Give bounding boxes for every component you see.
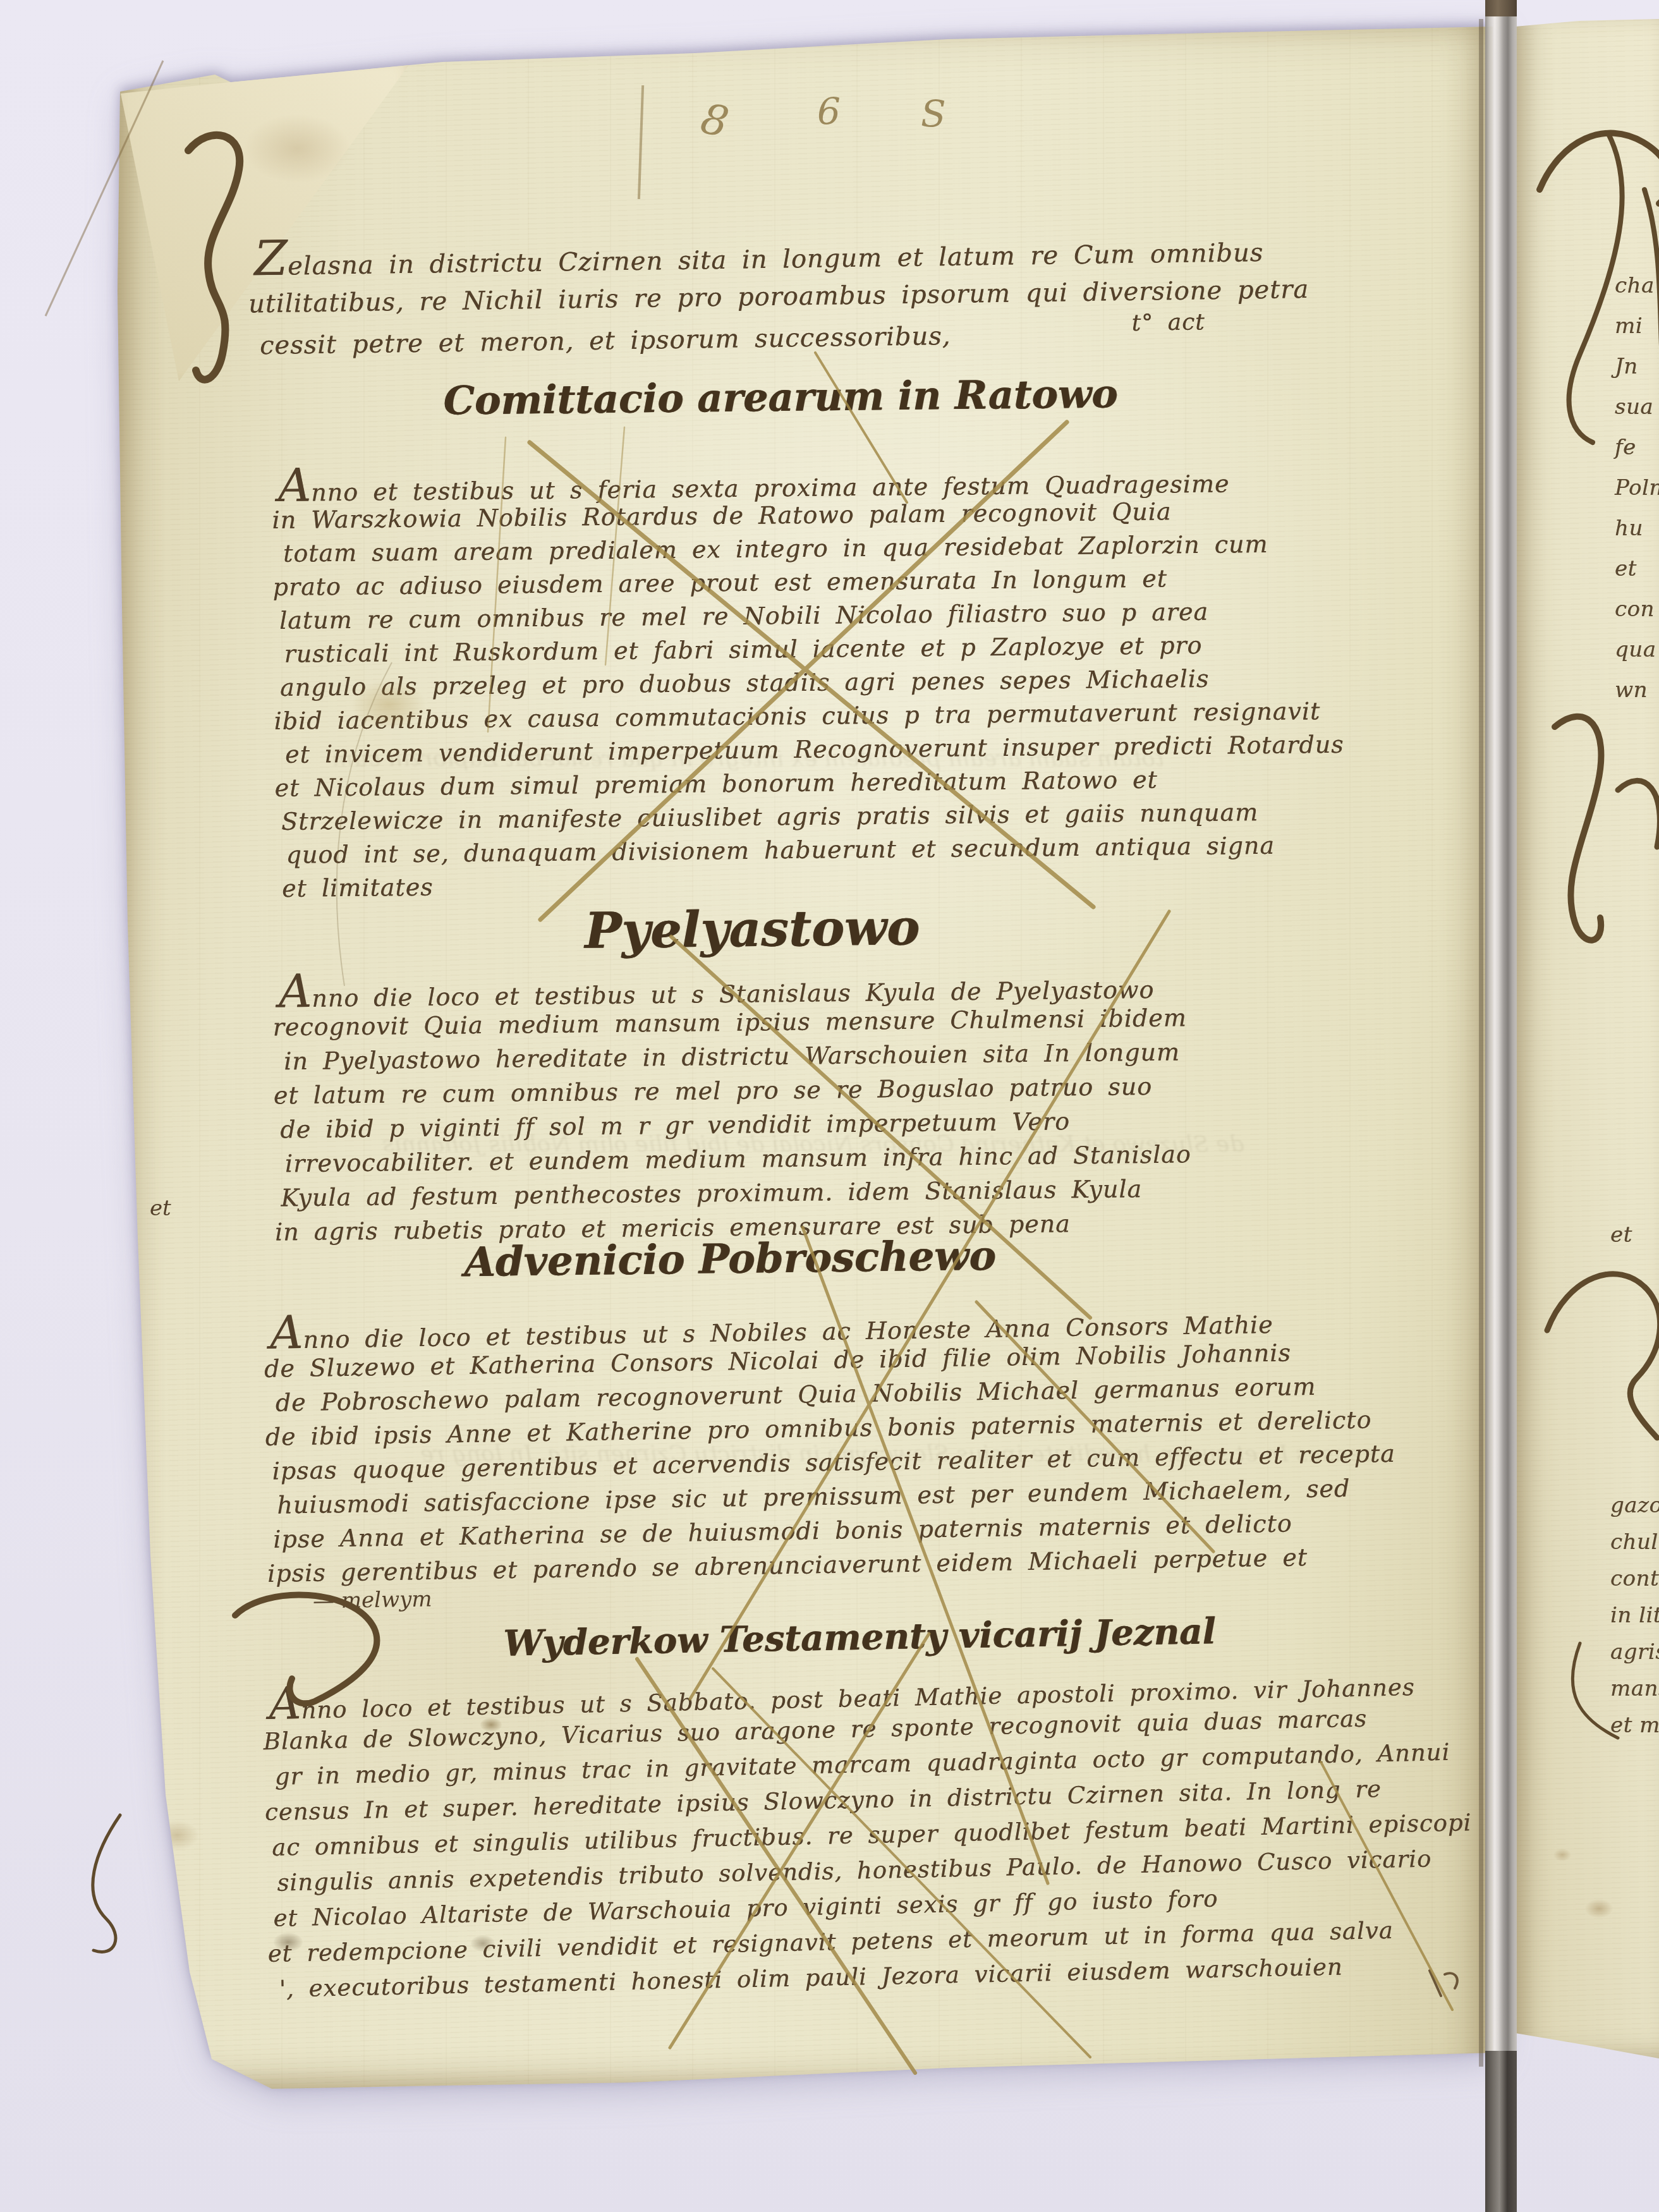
fiber-speck [471, 1935, 495, 1952]
text-fragment: Poln [1615, 468, 1659, 508]
section-heading-ratowo: Comittacio arearum in Ratowo [433, 370, 1129, 424]
facing-page-sliver: cha mi Jn sua fe Poln hu et con qua wn e… [1516, 19, 1659, 2060]
text-fragment: et men [1610, 1707, 1659, 1744]
text-fragment: chuln [1610, 1524, 1659, 1560]
marginal-note: t° act [1131, 309, 1205, 336]
stain [351, 679, 427, 730]
folio-mark: 8 [696, 94, 732, 147]
text-fragment: mansu [1610, 1670, 1659, 1707]
folio-mark-stroke [638, 85, 644, 199]
text-fragment: mi [1615, 306, 1659, 346]
section-pobroschewo-paragraph: Anno die loco et testibus ut s Nobiles a… [270, 1299, 1462, 1590]
section-heading-wyderkow: Wyderkow Testamenty vicarij Jeznal [471, 1610, 1249, 1665]
text-fragment: contrib [1610, 1560, 1659, 1597]
manuscript-page: totam suam aream predialem ex integro in… [117, 25, 1493, 2092]
section-wyderkow-paragraph: Anno loco et testibus ut s Sabbato. post… [269, 1663, 1476, 2007]
stain [1585, 1899, 1613, 1918]
margin-word: et [150, 1196, 171, 1221]
text-fragment: con [1615, 589, 1659, 629]
rod-bottom-segment [1485, 2051, 1517, 2212]
text-fragment-gap [1610, 1253, 1659, 1487]
stain [243, 114, 351, 183]
section-heading-pyelyastowo: Pyelyastowo [531, 898, 974, 960]
section-ratowo-paragraph: Anno et testibus ut s feria sexta proxim… [278, 459, 1458, 906]
text-fragment: in lit [1610, 1597, 1659, 1634]
verso-page-wrap: totam suam aream predialem ex integro in… [0, 0, 1659, 2212]
section-heading-pobroschewo: Advenicio Pobroschewo [446, 1232, 1015, 1287]
stain [155, 1820, 199, 1850]
rod-top-cap [1485, 0, 1517, 16]
recto-fragment-column-upper: cha mi Jn sua fe Poln hu et con qua wn [1615, 265, 1659, 710]
folio-mark: S [921, 92, 946, 135]
text-fragment: et [1615, 549, 1659, 589]
gutter-shadow-line [1479, 19, 1483, 2067]
text-fragment: gazon [1610, 1487, 1659, 1524]
glass-clamp-rod [1485, 0, 1517, 2212]
opening-paragraph: Zelasna in districtu Czirnen sita in lon… [254, 226, 1368, 367]
text-fragment: Jn [1615, 346, 1659, 387]
section-pyelyastowo-paragraph: Anno die loco et testibus ut s Stanislau… [279, 964, 1419, 1249]
recto-fragment-column-lower: et gazon chuln contrib in lit agris mans… [1610, 1217, 1659, 1744]
text-fragment: cha [1615, 265, 1659, 306]
stain [1553, 1849, 1571, 1861]
text-fragment: sua [1615, 387, 1659, 427]
manuscript-scan: totam suam aream predialem ex integro in… [0, 0, 1659, 2212]
text-fragment: hu [1615, 508, 1659, 549]
text-fragment: fe [1615, 427, 1659, 468]
text-fragment: et [1610, 1217, 1659, 1253]
margin-word: — melwym [313, 1586, 432, 1613]
text-fragment: wn [1615, 670, 1659, 710]
folio-mark: 6 [817, 90, 841, 133]
text-fragment: agris [1610, 1634, 1659, 1670]
fiber-speck [274, 1933, 303, 1952]
ink-smudge [480, 1718, 502, 1732]
text-fragment: qua [1615, 629, 1659, 670]
